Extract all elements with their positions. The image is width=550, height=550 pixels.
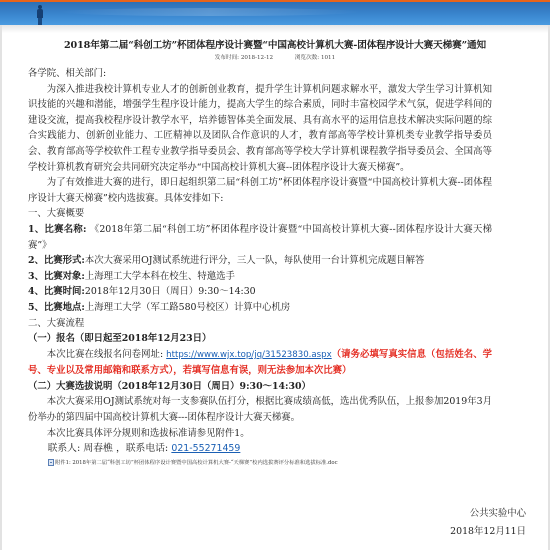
- article-body: 各学院、相关部门: 为深入推进我校计算机专业人才的创新创业教育，提升学生计算机问…: [28, 66, 492, 468]
- salutation: 各学院、相关部门:: [28, 66, 492, 82]
- overview-value: 上海理工大学本科在校生、特邀选手: [85, 271, 235, 282]
- views-label: 浏览次数:: [295, 55, 319, 61]
- page-border-left: [0, 25, 2, 550]
- registration-link[interactable]: https://www.wjx.top/jq/31523830.aspx: [166, 350, 332, 360]
- registration-heading: （一）报名（即日起至2018年12月23日）: [28, 331, 492, 347]
- contact-person: 周春樵: [83, 443, 112, 454]
- signature-organization: 公共实验中心: [450, 505, 526, 523]
- overview-item-location: 5、比赛地点:上海理工大学（军工路580号校区）计算中心机房: [28, 300, 492, 316]
- overview-label: 2、比赛形式:: [28, 255, 85, 266]
- registration-paragraph: 本次比赛在线报名问卷网址: https://www.wjx.top/jq/315…: [28, 347, 492, 379]
- section-process-heading: 二、大赛流程: [28, 316, 492, 332]
- header-shadow: [0, 25, 550, 33]
- selection-heading: （二）大赛选拔说明（2018年12月30日（周日）9:30～14:30）: [28, 379, 492, 395]
- article-meta: 发布时间: 2018-12-12 浏览次数: 1011: [0, 53, 550, 61]
- article-title: 2018年第二届“科创工坊”杯团体程序设计赛暨“中国高校计算机大赛-团体程序设计…: [0, 37, 550, 51]
- overview-label: 4、比赛时间:: [28, 286, 85, 297]
- overview-item-format: 2、比赛形式:本次大赛采用OJ测试系统进行评分，三人一队，每队使用一台计算机完成…: [28, 253, 492, 269]
- contact-phone-label: 联系电话:: [126, 443, 169, 454]
- overview-value: 2018年12月30日（周日）9:30～14:30: [85, 286, 256, 297]
- view-count: 浏览次数: 1011: [295, 55, 335, 61]
- publish-time-value: 2018-12-12: [241, 55, 273, 61]
- overview-label: 5、比赛地点:: [28, 302, 85, 313]
- publish-time: 发布时间: 2018-12-12: [215, 55, 273, 61]
- views-value: 1011: [321, 55, 335, 61]
- overview-label: 1、比赛名称:: [28, 224, 86, 235]
- signature-date: 2018年12月11日: [450, 523, 526, 541]
- doc-file-icon: [48, 459, 54, 466]
- arrangement-paragraph: 为了有效推进大赛的进行，即日起组织第二届“科创工坊”杯团体程序设计赛暨“中国高校…: [28, 175, 492, 206]
- overview-item-name: 1、比赛名称: 《2018年第二届“科创工坊”杯团体程序设计赛暨“中国高校计算机…: [28, 222, 492, 253]
- overview-item-time: 4、比赛时间:2018年12月30日（周日）9:30～14:30: [28, 284, 492, 300]
- overview-label: 3、比赛对象:: [28, 271, 85, 282]
- attachment-label[interactable]: 附件1: 2018年第二届“科创工坊”杯团体程序设计赛暨中国高校计算机大赛-“天…: [55, 458, 338, 468]
- site-header-banner: [0, 0, 550, 25]
- person-silhouette-icon: [37, 5, 43, 25]
- rules-note: 本次比赛具体评分规则和选拔标准请参见附件1。: [28, 426, 492, 442]
- selection-paragraph: 本次大赛采用OJ测试系统对每一支参赛队伍打分，根据比赛成绩高低，选出优秀队伍，上…: [28, 394, 492, 425]
- contact-separator: ，: [116, 443, 126, 454]
- signature-block: 公共实验中心 2018年12月11日: [450, 505, 526, 541]
- attachment-link[interactable]: 附件1: 2018年第二届“科创工坊”杯团体程序设计赛暨中国高校计算机大赛-“天…: [48, 458, 492, 468]
- overview-value: 《2018年第二届“科创工坊”杯团体程序设计赛暨“中国高校计算机大赛--团体程序…: [28, 224, 492, 251]
- overview-value: 上海理工大学（军工路580号校区）计算中心机房: [85, 302, 290, 313]
- overview-value: 本次大赛采用OJ测试系统进行评分，三人一队，每队使用一台计算机完成题目解答: [85, 255, 425, 266]
- banner-haze: [60, 8, 360, 16]
- intro-paragraph: 为深入推进我校计算机专业人才的创新创业教育，提升学生计算机问题求解水平，激发大学…: [28, 82, 492, 176]
- contact-person-label: 联系人:: [48, 443, 81, 454]
- publish-time-label: 发布时间:: [215, 55, 239, 61]
- contact-phone-link[interactable]: 021-55271459: [171, 443, 240, 454]
- contact-line: 联系人: 周春樵 ，联系电话: 021-55271459: [28, 441, 492, 457]
- overview-item-participants: 3、比赛对象:上海理工大学本科在校生、特邀选手: [28, 269, 492, 285]
- registration-text: 本次比赛在线报名问卷网址:: [47, 349, 163, 360]
- section-overview-heading: 一、大赛概要: [28, 206, 492, 222]
